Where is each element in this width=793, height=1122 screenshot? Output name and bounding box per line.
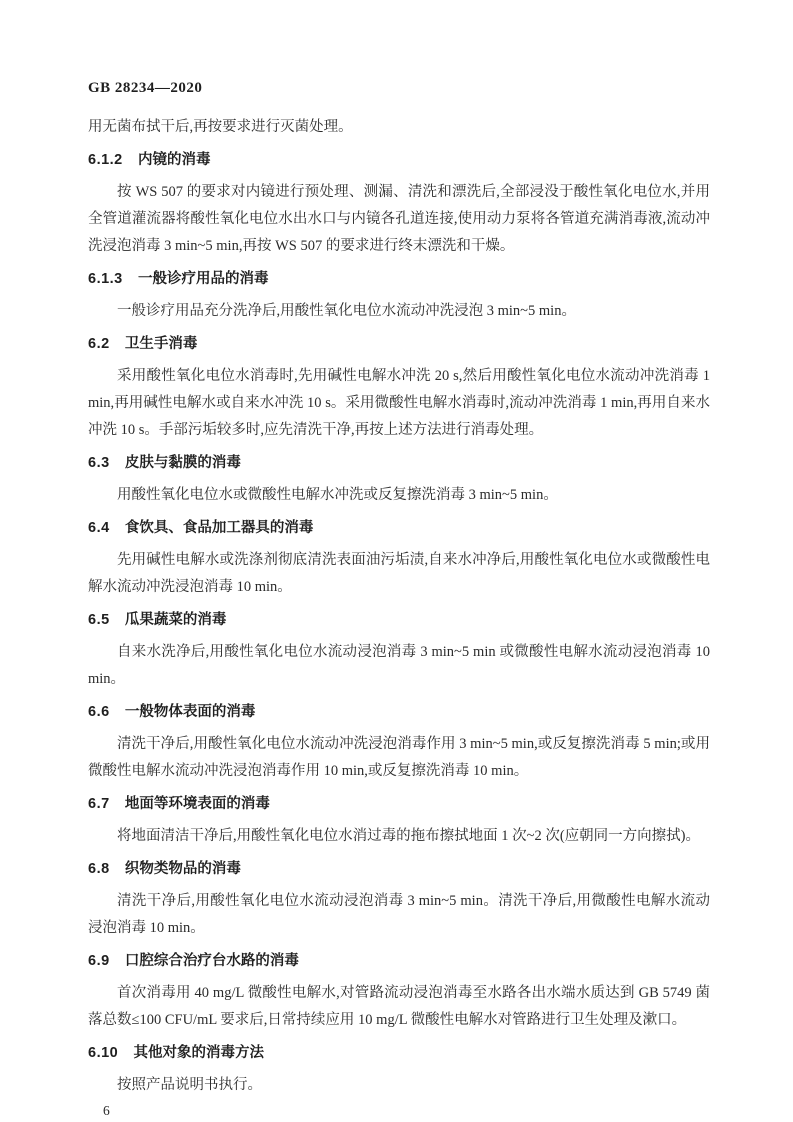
section-number: 6.4 [88, 515, 110, 542]
section-heading-6-8: 6.8织物类物品的消毒 [88, 856, 710, 883]
section-heading-6-3: 6.3皮肤与黏膜的消毒 [88, 450, 710, 477]
section-title: 食饮具、食品加工器具的消毒 [125, 520, 314, 536]
section-heading-6-1-3: 6.1.3一般诊疗用品的消毒 [88, 266, 710, 293]
section-paragraph: 按照产品说明书执行。 [88, 1072, 710, 1099]
section-number: 6.3 [88, 450, 110, 477]
section-number: 6.2 [88, 331, 110, 358]
section-paragraph: 先用碱性电解水或洗涤剂彻底清洗表面油污垢渍,自来水冲净后,用酸性氧化电位水或微酸… [88, 547, 710, 601]
section-paragraph: 清洗干净后,用酸性氧化电位水流动冲洗浸泡消毒作用 3 min~5 min,或反复… [88, 731, 710, 785]
section-title: 地面等环境表面的消毒 [125, 796, 270, 812]
section-paragraph: 按 WS 507 的要求对内镜进行预处理、测漏、清洗和漂洗后,全部浸没于酸性氧化… [88, 179, 710, 260]
section-heading-6-2: 6.2卫生手消毒 [88, 331, 710, 358]
section-heading-6-9: 6.9口腔综合治疗台水路的消毒 [88, 948, 710, 975]
section-number: 6.1.3 [88, 266, 123, 293]
section-paragraph: 一般诊疗用品充分洗净后,用酸性氧化电位水流动冲洗浸泡 3 min~5 min。 [88, 298, 710, 325]
standard-number-header: GB 28234—2020 [88, 78, 710, 98]
section-paragraph: 首次消毒用 40 mg/L 微酸性电解水,对管路流动浸泡消毒至水路各出水端水质达… [88, 980, 710, 1034]
section-number: 6.10 [88, 1040, 118, 1067]
section-title: 口腔综合治疗台水路的消毒 [125, 953, 299, 969]
section-number: 6.7 [88, 791, 110, 818]
section-heading-6-4: 6.4食饮具、食品加工器具的消毒 [88, 515, 710, 542]
section-heading-6-6: 6.6一般物体表面的消毒 [88, 699, 710, 726]
section-heading-6-1-2: 6.1.2内镜的消毒 [88, 147, 710, 174]
section-title: 其他对象的消毒方法 [133, 1045, 264, 1061]
section-paragraph: 采用酸性氧化电位水消毒时,先用碱性电解水冲洗 20 s,然后用酸性氧化电位水流动… [88, 363, 710, 444]
section-title: 瓜果蔬菜的消毒 [125, 612, 227, 628]
section-paragraph: 自来水洗净后,用酸性氧化电位水流动浸泡消毒 3 min~5 min 或微酸性电解… [88, 639, 710, 693]
section-heading-6-5: 6.5瓜果蔬菜的消毒 [88, 607, 710, 634]
document-body: 用无菌布拭干后,再按要求进行灭菌处理。 6.1.2内镜的消毒 按 WS 507 … [88, 114, 710, 1120]
section-title: 一般物体表面的消毒 [125, 704, 256, 720]
section-paragraph: 将地面清洁干净后,用酸性氧化电位水消过毒的拖布擦拭地面 1 次~2 次(应朝同一… [88, 823, 710, 850]
section-title: 卫生手消毒 [125, 336, 198, 352]
section-number: 6.9 [88, 948, 110, 975]
section-heading-6-10: 6.10其他对象的消毒方法 [88, 1040, 710, 1067]
section-title: 皮肤与黏膜的消毒 [125, 455, 241, 471]
section-title: 织物类物品的消毒 [125, 861, 241, 877]
section-number: 6.1.2 [88, 147, 123, 174]
document-page: GB 28234—2020 用无菌布拭干后,再按要求进行灭菌处理。 6.1.2内… [0, 0, 793, 1122]
section-heading-6-7: 6.7地面等环境表面的消毒 [88, 791, 710, 818]
section-paragraph: 用酸性氧化电位水或微酸性电解水冲洗或反复擦洗消毒 3 min~5 min。 [88, 482, 710, 509]
section-paragraph: 清洗干净后,用酸性氧化电位水流动浸泡消毒 3 min~5 min。清洗干净后,用… [88, 888, 710, 942]
section-number: 6.8 [88, 856, 110, 883]
section-title: 一般诊疗用品的消毒 [138, 271, 269, 287]
section-number: 6.5 [88, 607, 110, 634]
continuation-paragraph: 用无菌布拭干后,再按要求进行灭菌处理。 [88, 114, 710, 141]
section-title: 内镜的消毒 [138, 152, 211, 168]
section-number: 6.6 [88, 699, 110, 726]
page-number: 6 [103, 1102, 710, 1120]
